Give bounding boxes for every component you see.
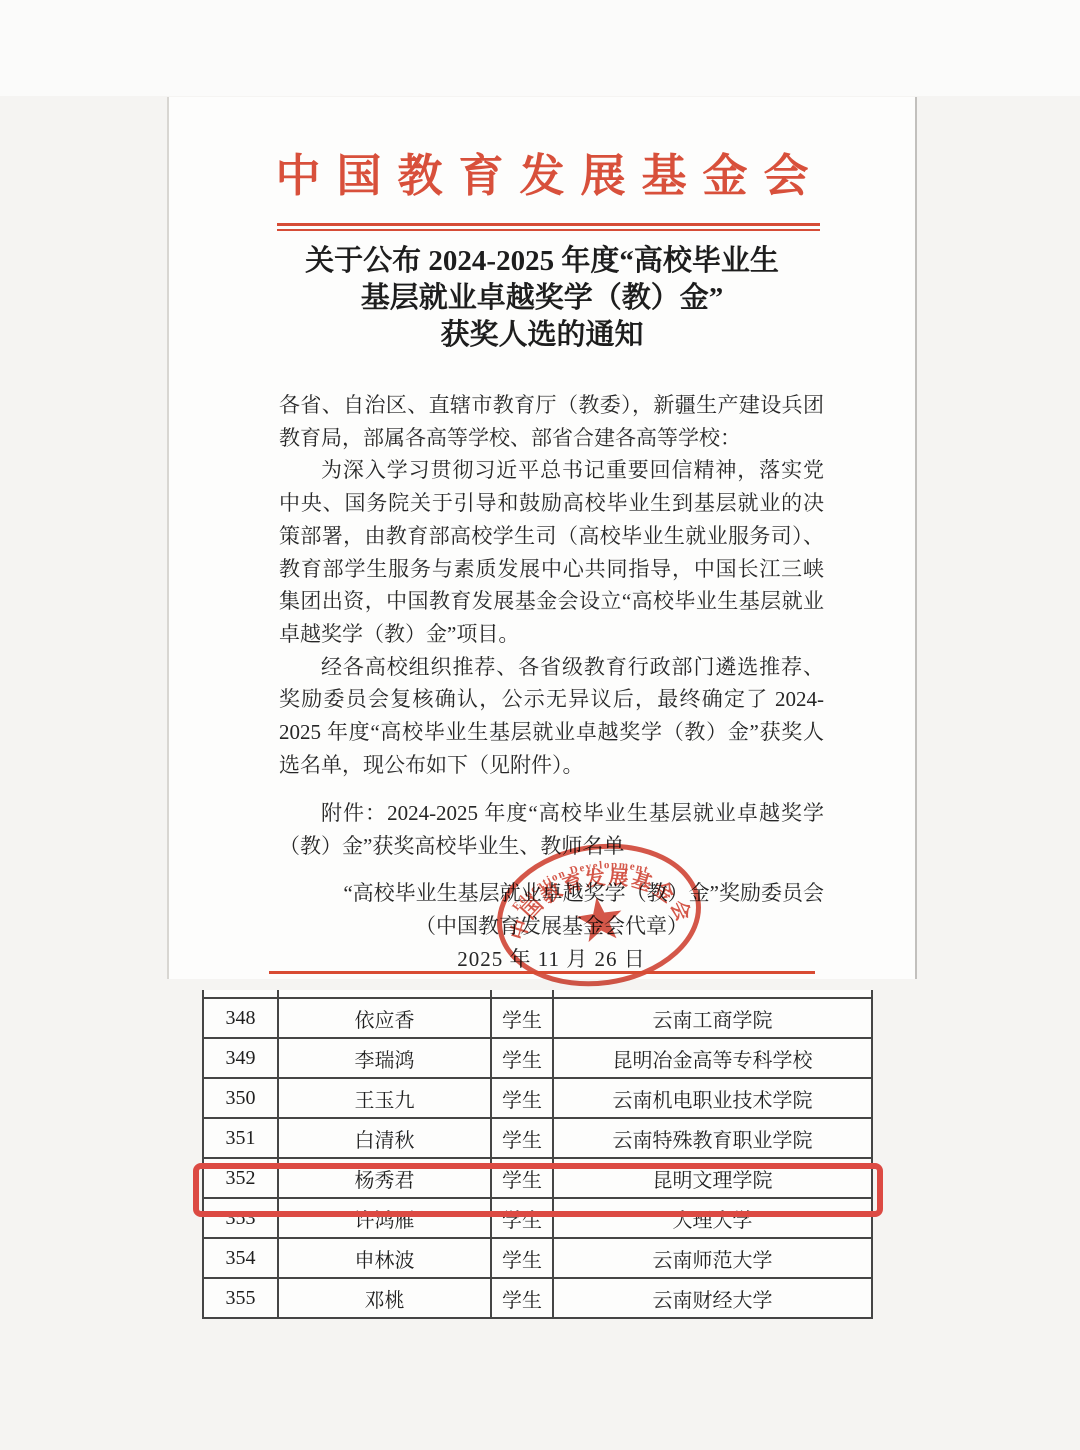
cell-school: 云南财经大学 (553, 1278, 872, 1318)
signature-block: “高校毕业生基层就业卓越奖学（教）金”奖励委员会 （中国教育发展基金会代章） 2… (279, 877, 824, 976)
cell-no: 349 (203, 1038, 278, 1078)
document-title: 关于公布 2024-2025 年度“高校毕业生 基层就业卓越奖学（教）金” 获奖… (169, 243, 915, 354)
table-row: 349 李瑞鸿 学生 昆明冶金高等专科学校 (203, 1038, 872, 1078)
cell-role: 学生 (491, 1238, 553, 1278)
body-paragraph-2: 经各高校组织推荐、各省级教育行政部门遴选推荐、奖励委员会复核确认，公示无异议后，… (279, 651, 824, 782)
cell-school: 云南师范大学 (553, 1238, 872, 1278)
row-highlight-annotation (193, 1163, 883, 1217)
table-row-cutoff (203, 990, 872, 998)
cell-name: 依应香 (278, 998, 491, 1038)
cell-role: 学生 (491, 1118, 553, 1158)
table-row: 355 邓桃 学生 云南财经大学 (203, 1278, 872, 1318)
cell-name: 白清秋 (278, 1118, 491, 1158)
cell-no: 355 (203, 1278, 278, 1318)
cell-school: 云南工商学院 (553, 998, 872, 1038)
cell-role: 学生 (491, 1278, 553, 1318)
letter-footer-rule (269, 971, 815, 974)
attachment-note: 附件：2024-2025 年度“高校毕业生基层就业卓越奖学（教）金”获奖高校毕业… (279, 797, 824, 862)
cell-school: 云南特殊教育职业学院 (553, 1118, 872, 1158)
table-row: 354 申林波 学生 云南师范大学 (203, 1238, 872, 1278)
title-line-3: 获奖人选的通知 (169, 317, 915, 354)
table-row: 351 白清秋 学生 云南特殊教育职业学院 (203, 1118, 872, 1158)
rule-line-top (277, 223, 820, 226)
cell-name: 申林波 (278, 1238, 491, 1278)
title-line-1: 关于公布 2024-2025 年度“高校毕业生 (169, 243, 915, 280)
body-paragraph-1: 为深入学习贯彻习近平总书记重要回信精神，落实党中央、国务院关于引导和鼓励高校毕业… (279, 454, 824, 650)
cell-role: 学生 (491, 1078, 553, 1118)
table-row: 348 依应香 学生 云南工商学院 (203, 998, 872, 1038)
award-roster-table: 348 依应香 学生 云南工商学院 349 李瑞鸿 学生 昆明冶金高等专科学校 … (202, 990, 873, 1319)
signature-on-behalf: （中国教育发展基金会代章） (279, 910, 824, 943)
letter-body: 各省、自治区、直辖市教育厅（教委），新疆生产建设兵团教育局，部属各高等学校、部省… (279, 389, 824, 863)
letterhead-org-name: 中国教育发展基金会 (169, 139, 915, 204)
cell-no: 351 (203, 1118, 278, 1158)
page-top-margin (0, 0, 1080, 96)
cell-name: 王玉九 (278, 1078, 491, 1118)
cell-school: 云南机电职业技术学院 (553, 1078, 872, 1118)
cell-no: 354 (203, 1238, 278, 1278)
title-line-2: 基层就业卓越奖学（教）金” (169, 280, 915, 317)
document-scan: 中国教育发展基金会 关于公布 2024-2025 年度“高校毕业生 基层就业卓越… (0, 0, 1080, 1450)
letter-page: 中国教育发展基金会 关于公布 2024-2025 年度“高校毕业生 基层就业卓越… (167, 97, 917, 979)
salutation: 各省、自治区、直辖市教育厅（教委），新疆生产建设兵团教育局，部属各高等学校、部省… (279, 389, 824, 454)
letterhead-double-rule (277, 223, 820, 231)
cell-name: 邓桃 (278, 1278, 491, 1318)
cell-name: 李瑞鸿 (278, 1038, 491, 1078)
cell-no: 350 (203, 1078, 278, 1118)
signature-committee: “高校毕业生基层就业卓越奖学（教）金”奖励委员会 (279, 877, 824, 910)
rule-line-bottom (277, 229, 820, 231)
cell-school: 昆明冶金高等专科学校 (553, 1038, 872, 1078)
cell-role: 学生 (491, 1038, 553, 1078)
cell-role: 学生 (491, 998, 553, 1038)
cell-no: 348 (203, 998, 278, 1038)
table-row: 350 王玉九 学生 云南机电职业技术学院 (203, 1078, 872, 1118)
